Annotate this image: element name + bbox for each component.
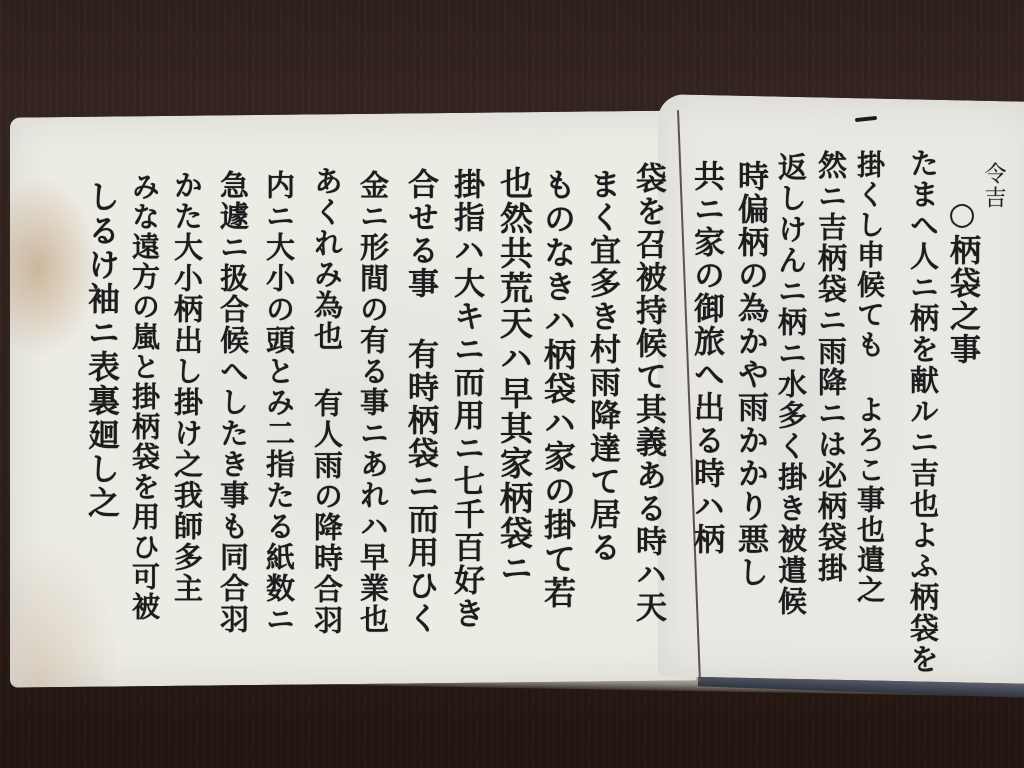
left-column-12: みな遠方の嵐と掛柄袋を用ひ可被 (130, 172, 158, 622)
left-column-8: あくれみ為也 有人雨の降時合羽 (312, 166, 341, 636)
right-column-4: 掛くし申候ても よろこ事也遣之 (855, 150, 883, 605)
left-column-3: ものなきハ柄袋ハ家の掛て若 (542, 168, 574, 610)
left-column-2: まく宜多き村雨降達て居る (586, 168, 617, 564)
right-column-5: 然ニ吉柄袋ニ雨降ニは必柄袋掛 (816, 150, 845, 584)
right-column-8: 共ニ家の御旅へ出る時ハ柄 (690, 160, 721, 556)
open-book: 令吉 ○柄袋之事 たまへ人ニ柄を献ルニ吉也よふ柄袋を 掛くし申候ても よろこ事也… (0, 0, 1024, 768)
right-column-6: 返しけんニ柄ニ水多く掛き被遣候 (776, 152, 805, 617)
left-column-6: 合せる事 有時柄袋ニ而用ひく (404, 168, 435, 635)
left-column-10: 急遽ニ扱合候へしたき事も同合羽 (218, 170, 247, 635)
left-column-1: 袋を召被持候て其義ある時ハ天 (632, 162, 663, 624)
right-column-1: 令吉 (982, 162, 1004, 210)
right-column-7: 時偏柄の為かや雨かかり悪し (734, 160, 765, 589)
left-column-11: かた大小柄出し掛け之我師多主 (172, 170, 201, 604)
left-column-13: しるけ袖ニ表裏廻し之 (86, 180, 118, 520)
left-column-7: 金ニ形間の有る事ニあれハ早業也 (358, 170, 387, 635)
left-column-5: 掛指ハ大キニ而用ニ七千百好き (450, 168, 481, 630)
left-column-9: 内ニ大小の頭とみ二指たる紙数ニ (264, 170, 293, 635)
right-column-3: たまへ人ニ柄を献ルニ吉也よふ柄袋を (908, 148, 937, 675)
right-column-2-title: ○柄袋之事 (946, 196, 977, 366)
left-column-4: 也然共荒天ハ早其家柄袋ニ (498, 166, 531, 586)
